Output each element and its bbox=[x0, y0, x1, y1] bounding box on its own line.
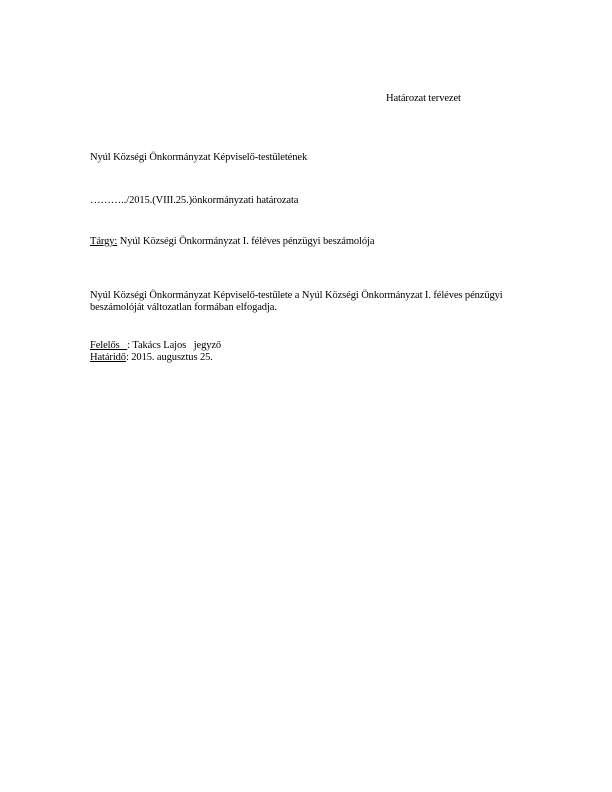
deadline-text: : 2015. augusztus 25. bbox=[126, 352, 213, 363]
responsible-line: Felelős : Takács Lajos jegyző bbox=[90, 340, 221, 352]
subject-label: Tárgy: bbox=[90, 236, 117, 247]
responsible-text: : Takács Lajos jegyző bbox=[127, 340, 221, 351]
responsible-label: Felelős bbox=[90, 340, 127, 351]
draft-label: Határozat tervezet bbox=[386, 93, 461, 105]
document-page: Határozat tervezet Nyúl Községi Önkormán… bbox=[0, 0, 612, 792]
deadline-line: Határidő: 2015. augusztus 25. bbox=[90, 352, 213, 364]
recipient-heading: Nyúl Községi Önkormányzat Képviselő-test… bbox=[90, 152, 307, 164]
resolution-number: ………../2015.(VIII.25.)önkormányzati határ… bbox=[90, 195, 298, 207]
resolution-body: Nyúl Községi Önkormányzat Képviselő-test… bbox=[90, 290, 515, 314]
deadline-label: Határidő bbox=[90, 352, 126, 363]
subject-text: Nyúl Községi Önkormányzat I. féléves pén… bbox=[117, 236, 374, 247]
subject-line: Tárgy: Nyúl Községi Önkormányzat I. félé… bbox=[90, 236, 374, 248]
